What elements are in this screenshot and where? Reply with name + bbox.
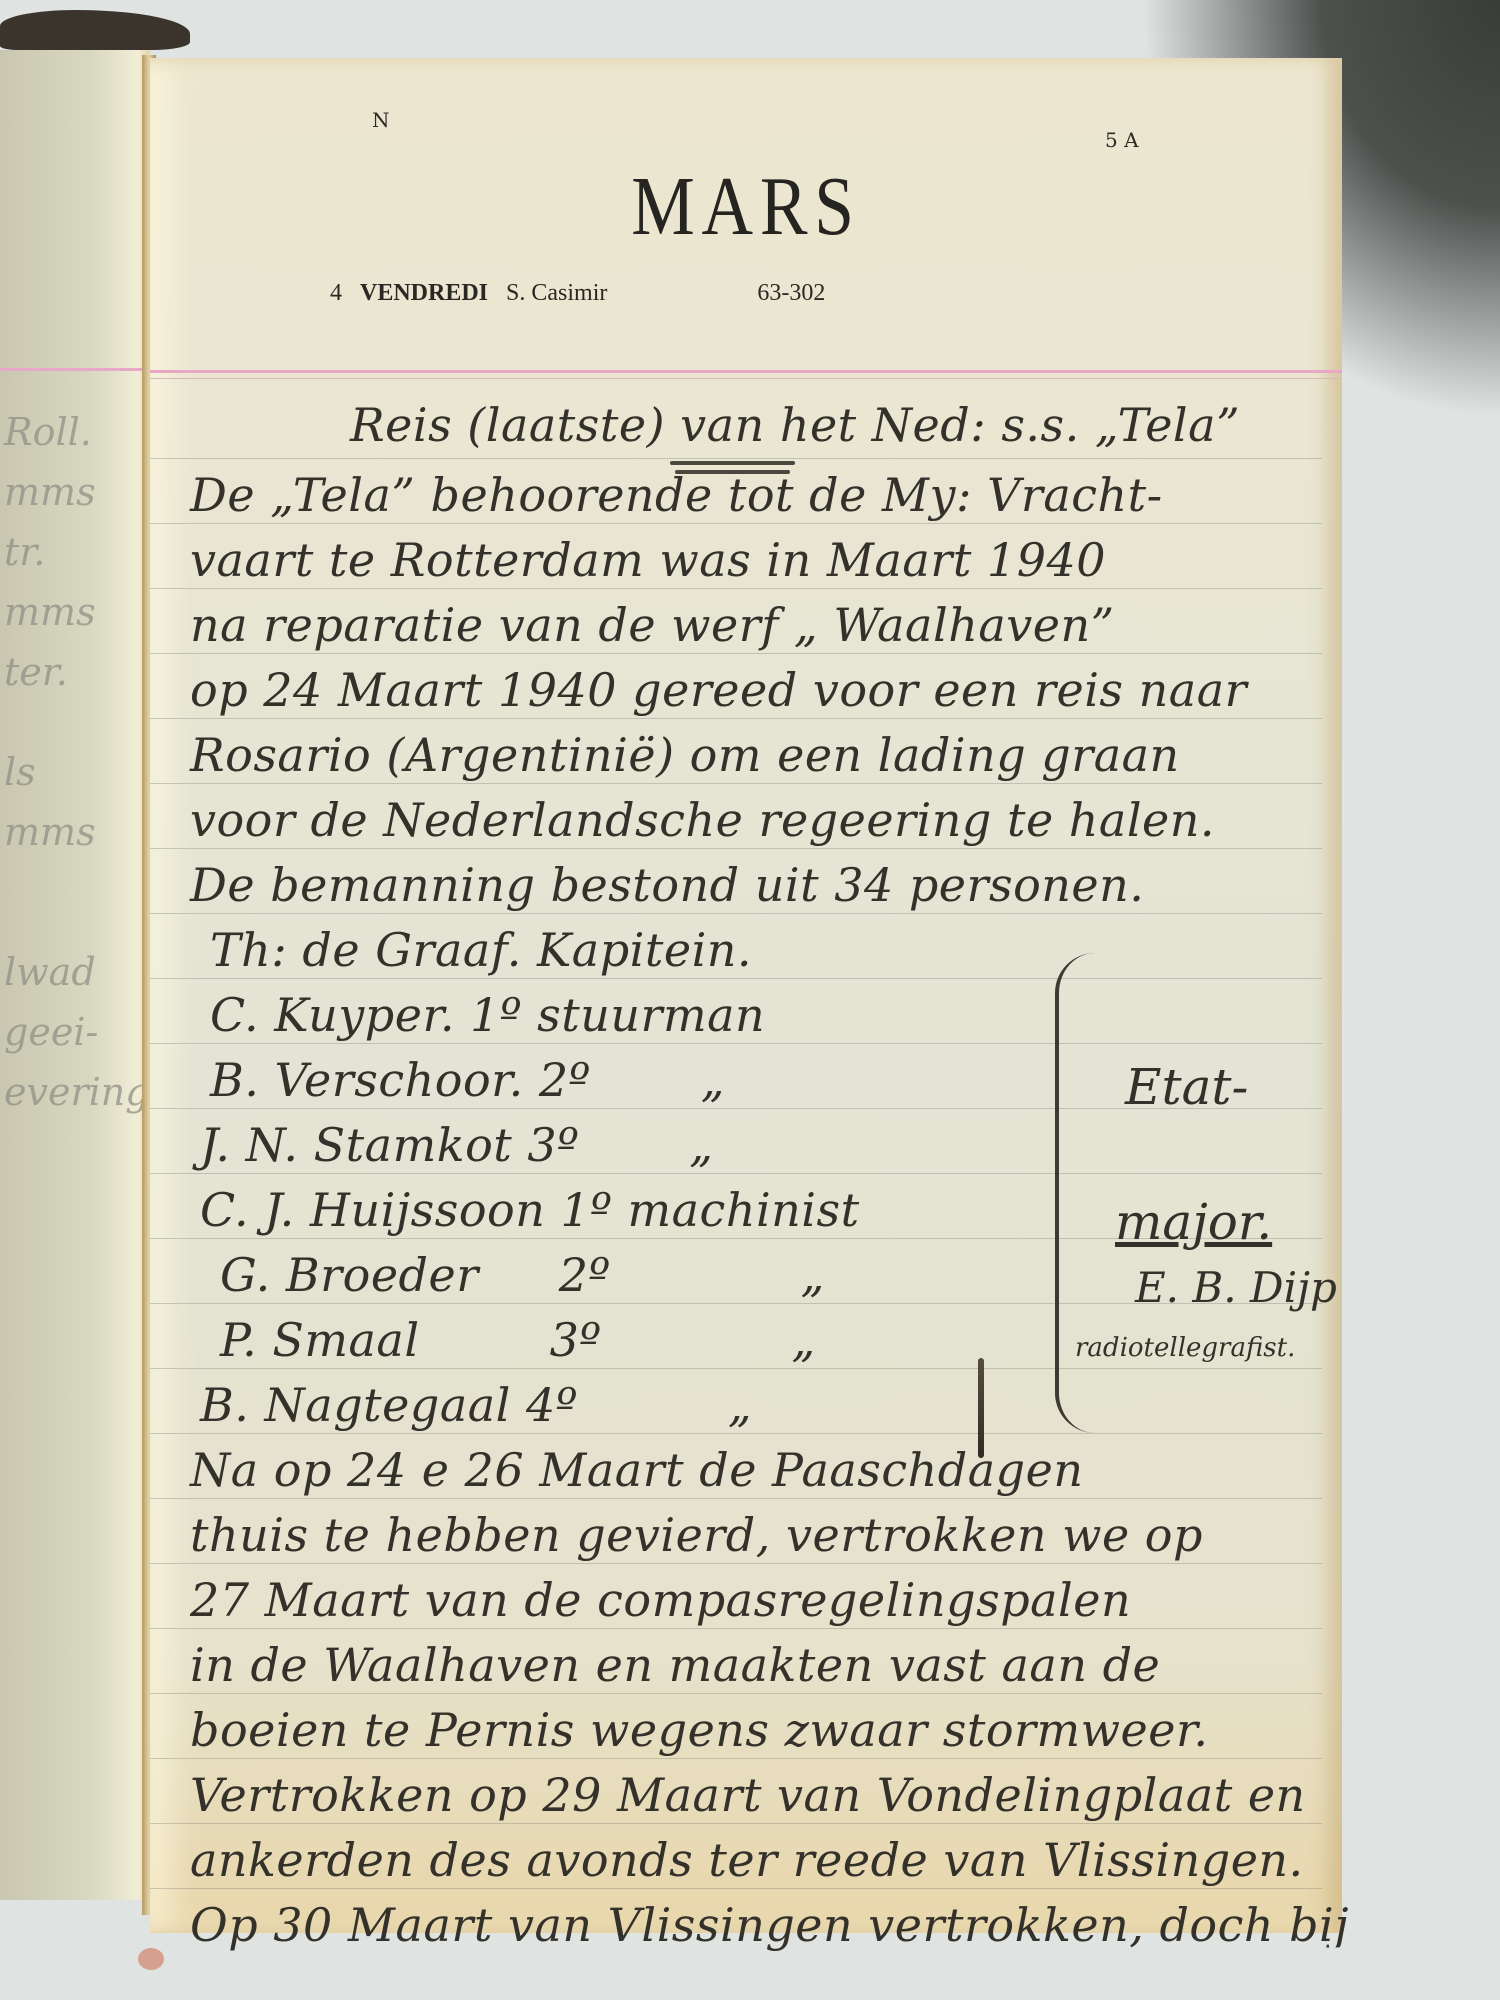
- title-underline: [670, 461, 795, 465]
- left-page-pink-rule: [0, 368, 150, 371]
- crew-row: P. Smaal3º„: [220, 1313, 816, 1367]
- text-line: in de Waalhaven en maakten vast aan de: [190, 1638, 1160, 1692]
- saint-name: S. Casimir: [506, 280, 607, 307]
- text-line: 27 Maart van de compasregelingspalen: [190, 1573, 1131, 1627]
- text-line: De „Tela” behoorende tot de My: Vracht-: [190, 468, 1163, 522]
- left-page-fragment: mms: [4, 590, 96, 634]
- header-rule: [150, 378, 1342, 379]
- left-page-fragment: evering: [4, 1070, 150, 1114]
- left-page-fragment: ls: [4, 750, 36, 794]
- weekday: VENDREDI: [360, 280, 488, 307]
- left-page-fragment: geei-: [4, 1010, 98, 1054]
- text-line: thuis te hebben gevierd, vertrokken we o…: [190, 1508, 1203, 1562]
- left-page-fragment: ter.: [4, 650, 68, 694]
- crew-row: C. Kuyper. 1º stuurman: [210, 988, 765, 1042]
- crew-row: C. J. Huijssoon 1º machinist: [200, 1183, 860, 1237]
- day-number: 4: [330, 280, 342, 307]
- text-line: Vertrokken op 29 Maart van Vondelingplaa…: [190, 1768, 1306, 1822]
- left-page-fragment: mms: [4, 810, 96, 854]
- left-page-fragment: mms: [4, 470, 96, 514]
- left-page-fragment: tr.: [4, 530, 45, 574]
- text-line: vaart te Rotterdam was in Maart 1940: [190, 533, 1106, 587]
- crew-row: B. Verschoor. 2º„: [210, 1053, 725, 1107]
- text-line: boeien te Pernis wegens zwaar stormweer.: [190, 1703, 1209, 1757]
- bracket-label-etat: Etat-: [1125, 1058, 1248, 1116]
- crew-row: B. Nagtegaal 4º„: [200, 1378, 752, 1432]
- bracket-label-major: major.: [1115, 1193, 1272, 1251]
- corner-mark-right: 5 A: [1105, 128, 1139, 152]
- corner-mark-left: N: [372, 108, 390, 132]
- crew-row: G. Broeder2º„: [220, 1248, 825, 1302]
- ribbon-bookmark: [138, 1948, 164, 1970]
- crew-row: J. N. Stamkot 3º„: [200, 1118, 714, 1172]
- day-of-year: 63-302: [757, 280, 825, 307]
- facing-left-page: Roll. mms tr. mms ter. ls mms lwad geei-…: [0, 50, 150, 1900]
- crew-row: Th: de Graaf. Kapitein.: [210, 923, 752, 977]
- text-line: na reparatie van de werf „ Waalhaven”: [190, 598, 1115, 652]
- left-page-fragment: lwad: [4, 950, 96, 994]
- entry-title: Reis (laatste) van het Ned: s.s. „Tela”: [350, 398, 1240, 452]
- month-heading: MARS: [239, 158, 1252, 255]
- text-line: ankerden des avonds ter reede van Vlissi…: [190, 1833, 1304, 1887]
- text-line: De bemanning bestond uit 34 personen.: [190, 858, 1144, 912]
- text-line: Na op 24 e 26 Maart de Paaschdagen: [190, 1443, 1083, 1497]
- text-line: voor de Nederlandsche regeering te halen…: [190, 793, 1215, 847]
- header-pink-rule: [150, 370, 1342, 373]
- text-line: Op 30 Maart van Vlissingen vertrokken, d…: [190, 1898, 1349, 1952]
- diary-page: N 5 A MARS 4 VENDREDI S. Casimir 63-302 …: [150, 58, 1342, 1933]
- radio-operator-role: radiotellegrafist.: [1075, 1333, 1295, 1363]
- left-page-fragment: Roll.: [4, 410, 92, 454]
- text-line: Rosario (Argentinië) om een lading graan: [190, 728, 1180, 782]
- text-line: op 24 Maart 1940 gereed voor een reis na…: [190, 663, 1247, 717]
- date-line: 4 VENDREDI S. Casimir 63-302: [330, 280, 825, 307]
- binding-thread: [0, 10, 190, 50]
- radio-operator-name: E. B. Dijp: [1135, 1263, 1337, 1312]
